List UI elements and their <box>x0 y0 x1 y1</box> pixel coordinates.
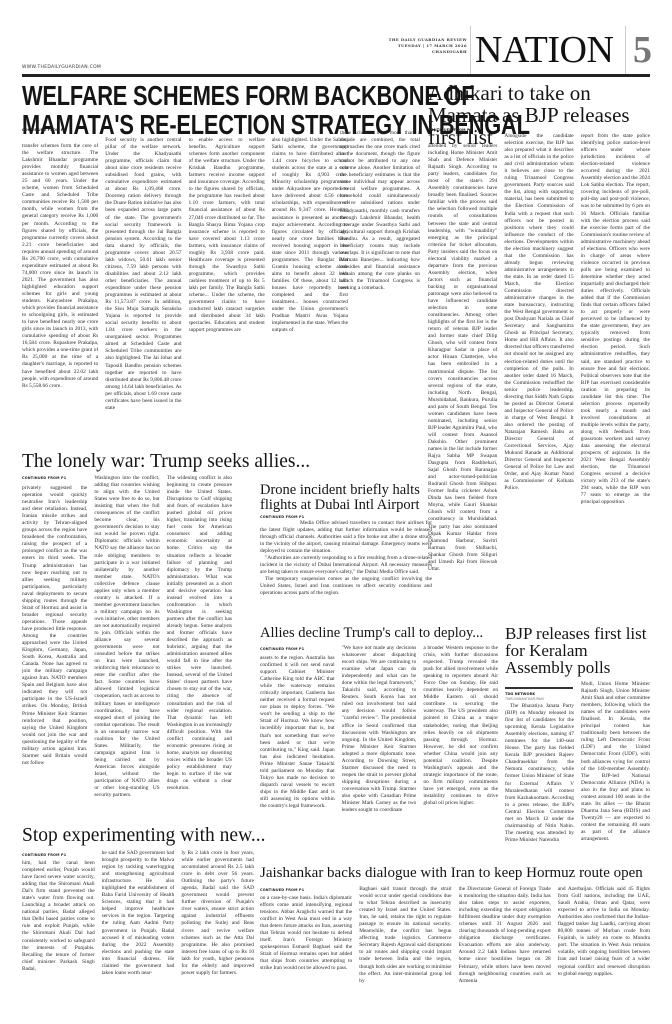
adhikari-col-2: Alongside the candidate selection exerci… <box>504 133 573 608</box>
page-number: 5 <box>633 30 652 70</box>
adhikari-col-1: attended by senior leaders including Hom… <box>428 133 497 608</box>
stop-col-3: ly Rs 2 lakh crore in four years, while … <box>181 850 254 1006</box>
publication-city: CHANDIGARH <box>330 49 467 55</box>
allies-body: assets to the region. Australia has conf… <box>260 645 498 847</box>
keralam-col-2: Modi, Union Home Minister Rajnath Singh,… <box>581 681 650 847</box>
section-title: NATION <box>475 30 613 70</box>
masthead-meta: THE DAILY GUARDIAN REVIEW TUESDAY | 17 M… <box>330 37 467 55</box>
masthead-divider <box>470 26 471 74</box>
welfare-col-2: Food security is another central pillar … <box>105 137 181 442</box>
jaishankar-body: on a case-by-case basis. India's diploma… <box>260 886 650 1011</box>
stop-col-2: he said the SAD government had brought p… <box>102 850 175 1006</box>
lonely-war-col-3: The widening conflict is also beginning … <box>167 475 232 820</box>
headline-allies[interactable]: Allies decline Trump's call to deploy... <box>260 626 483 641</box>
welfare-col-1: transfer schemes form the core of the we… <box>22 137 98 442</box>
keralam-body: The Bharatiya Janata Party (BJP) on Mond… <box>505 703 650 847</box>
welfare-col-4: also highlighted. Under the Sabooj Sathi… <box>272 137 348 442</box>
jaishankar-col-2: Baghaei said transit through the strait … <box>359 886 451 1011</box>
jaishankar-col-4: and Azerbaijan. Officials said 45 flight… <box>558 886 650 1011</box>
masthead-rule <box>22 74 650 77</box>
adhikari-body: attended by senior leaders including Hom… <box>428 133 650 608</box>
headline-welfare-line2[interactable]: MAMATA'S RE-ELECTION STRATEGY IN BENGAL <box>22 111 334 139</box>
headline-underline <box>505 687 573 689</box>
keralam-col-1: The Bharatiya Janata Party (BJP) on Mond… <box>505 703 574 847</box>
headline-keralam[interactable]: BJP releases first list for Keralam Asse… <box>505 625 655 676</box>
website-url[interactable]: WWW.THEDAILYGUARDIAN.COM <box>22 65 101 70</box>
lonely-war-body: privately suggested the operation would … <box>22 475 232 820</box>
byline: TDG NETWORK <box>505 692 535 696</box>
drone-body: Media Office advised travellers to conta… <box>260 520 432 618</box>
masthead-divider <box>625 26 626 74</box>
jaishankar-col-3: the Directorate General of Foreign Trade… <box>459 886 551 1011</box>
headline-drone[interactable]: Drone incident briefly halts flights at … <box>260 483 430 512</box>
continued-label: CONTINUED FROM P1 <box>260 515 304 519</box>
jaishankar-col-1: on a case-by-case basis. India's diploma… <box>260 886 352 1011</box>
welfare-body: transfer schemes form the core of the we… <box>22 137 348 442</box>
stop-experimenting-body: him, had the canal been completed earlie… <box>22 850 254 1006</box>
continued-label: CONTINUED FROM P1 <box>428 128 472 132</box>
headline-jaishankar[interactable]: Jaishankar backs dialogue with Iran to k… <box>260 866 643 881</box>
welfare-col-3: to enable access to welfare benefits. Ag… <box>189 137 265 442</box>
lonely-war-col-2: Washington into the conflict, adding tha… <box>94 475 159 820</box>
welfare-col-5: these schemes over more than a decade ar… <box>340 130 420 440</box>
lonely-war-col-1: privately suggested the operation would … <box>22 475 87 820</box>
allies-col-2: "We have not made any decisions whatsoev… <box>342 645 417 847</box>
adhikari-col-3: report from the state police identifying… <box>581 133 650 608</box>
headline-stop-experimenting[interactable]: Stop experimenting with new... <box>22 826 266 846</box>
headline-lonely-war[interactable]: The lonely war: Trump seeks allies... <box>22 452 310 472</box>
stop-col-1: him, had the canal been completed earlie… <box>22 850 95 1006</box>
dateline: THIRUVANANTHAPURAM <box>505 697 544 701</box>
allies-col-1: assets to the region. Australia has conf… <box>260 645 335 847</box>
headline-welfare-line1[interactable]: WELFARE SCHEMES FORM BACKBONE OF <box>22 82 334 110</box>
continued-label: CONTINUED FROM P1 <box>22 128 66 132</box>
allies-col-3: a broader Western response to the crisis… <box>423 645 498 847</box>
